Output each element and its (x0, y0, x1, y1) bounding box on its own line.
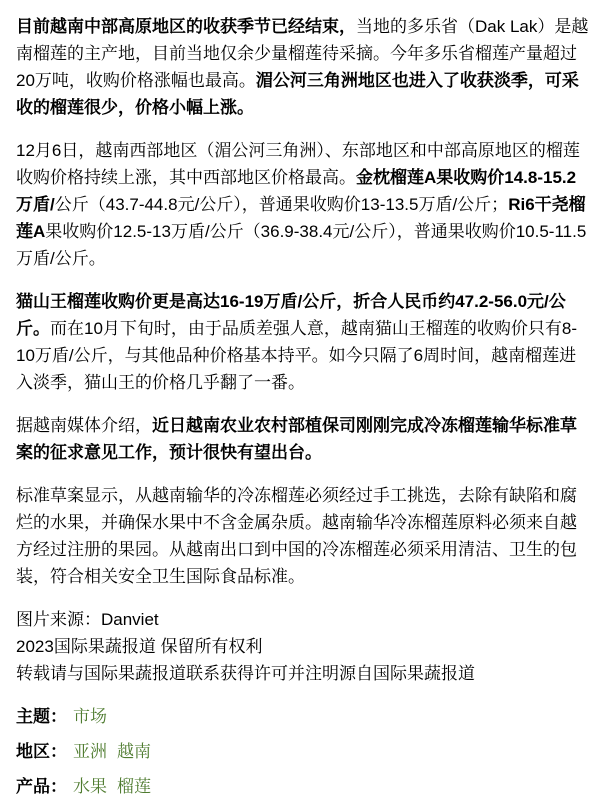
paragraph: 猫山王榴莲收购价更是高达16-19万盾/公斤，折合人民币约47.2-56.0元/… (16, 288, 592, 396)
copyright-line: 图片来源：Danviet (16, 606, 592, 633)
article-page: 目前越南中部高原地区的收获季节已经结束，当地的多乐省（Dak Lak）是越南榴莲… (0, 0, 609, 800)
tag-label: 地区： (16, 742, 67, 761)
tag-row-product: 产品：水果榴莲 (16, 773, 592, 800)
tag-link[interactable]: 越南 (117, 742, 151, 761)
paragraph: 12月6日，越南西部地区（湄公河三角洲）、东部地区和中部高原地区的榴莲收购价格持… (16, 137, 592, 272)
tag-link[interactable]: 市场 (73, 707, 107, 726)
text-run: 而在10月下旬时，由于品质差强人意，越南猫山王榴莲的收购价只有8-10万盾/公斤… (16, 319, 577, 392)
paragraph: 目前越南中部高原地区的收获季节已经结束，当地的多乐省（Dak Lak）是越南榴莲… (16, 13, 592, 121)
copyright-line: 2023国际果蔬报道 保留所有权利 (16, 633, 592, 660)
paragraph: 据越南媒体介绍，近日越南农业农村部植保司刚刚完成冷冻榴莲输华标准草案的征求意见工… (16, 412, 592, 466)
text-run: 公斤（43.7-44.8元/公斤），普通果收购价13-13.5万盾/公斤； (55, 195, 508, 214)
tag-row-region: 地区：亚洲越南 (16, 738, 592, 765)
tag-link[interactable]: 亚洲 (73, 742, 107, 761)
bold-text-run: 目前越南中部高原地区的收获季节已经结束， (16, 17, 356, 36)
text-run: 果收购价12.5-13万盾/公斤（36.9-38.4元/公斤），普通果收购价10… (16, 222, 586, 268)
copyright-block: 图片来源：Danviet2023国际果蔬报道 保留所有权利转载请与国际果蔬报道联… (16, 606, 592, 687)
tag-link[interactable]: 水果 (73, 777, 107, 796)
text-run: 标准草案显示，从越南输华的冷冻榴莲必须经过手工挑选，去除有缺陷和腐烂的水果，并确… (16, 486, 577, 586)
tags-section: 主题：市场地区：亚洲越南产品：水果榴莲 (16, 703, 592, 800)
tag-label: 主题： (16, 707, 67, 726)
tag-row-topic: 主题：市场 (16, 703, 592, 730)
paragraph: 标准草案显示，从越南输华的冷冻榴莲必须经过手工挑选，去除有缺陷和腐烂的水果，并确… (16, 482, 592, 590)
tag-label: 产品： (16, 777, 67, 796)
article-body: 目前越南中部高原地区的收获季节已经结束，当地的多乐省（Dak Lak）是越南榴莲… (16, 13, 592, 590)
tag-link[interactable]: 榴莲 (117, 777, 151, 796)
text-run: 据越南媒体介绍， (16, 416, 152, 435)
copyright-line: 转载请与国际果蔬报道联系获得许可并注明源自国际果蔬报道 (16, 660, 592, 687)
